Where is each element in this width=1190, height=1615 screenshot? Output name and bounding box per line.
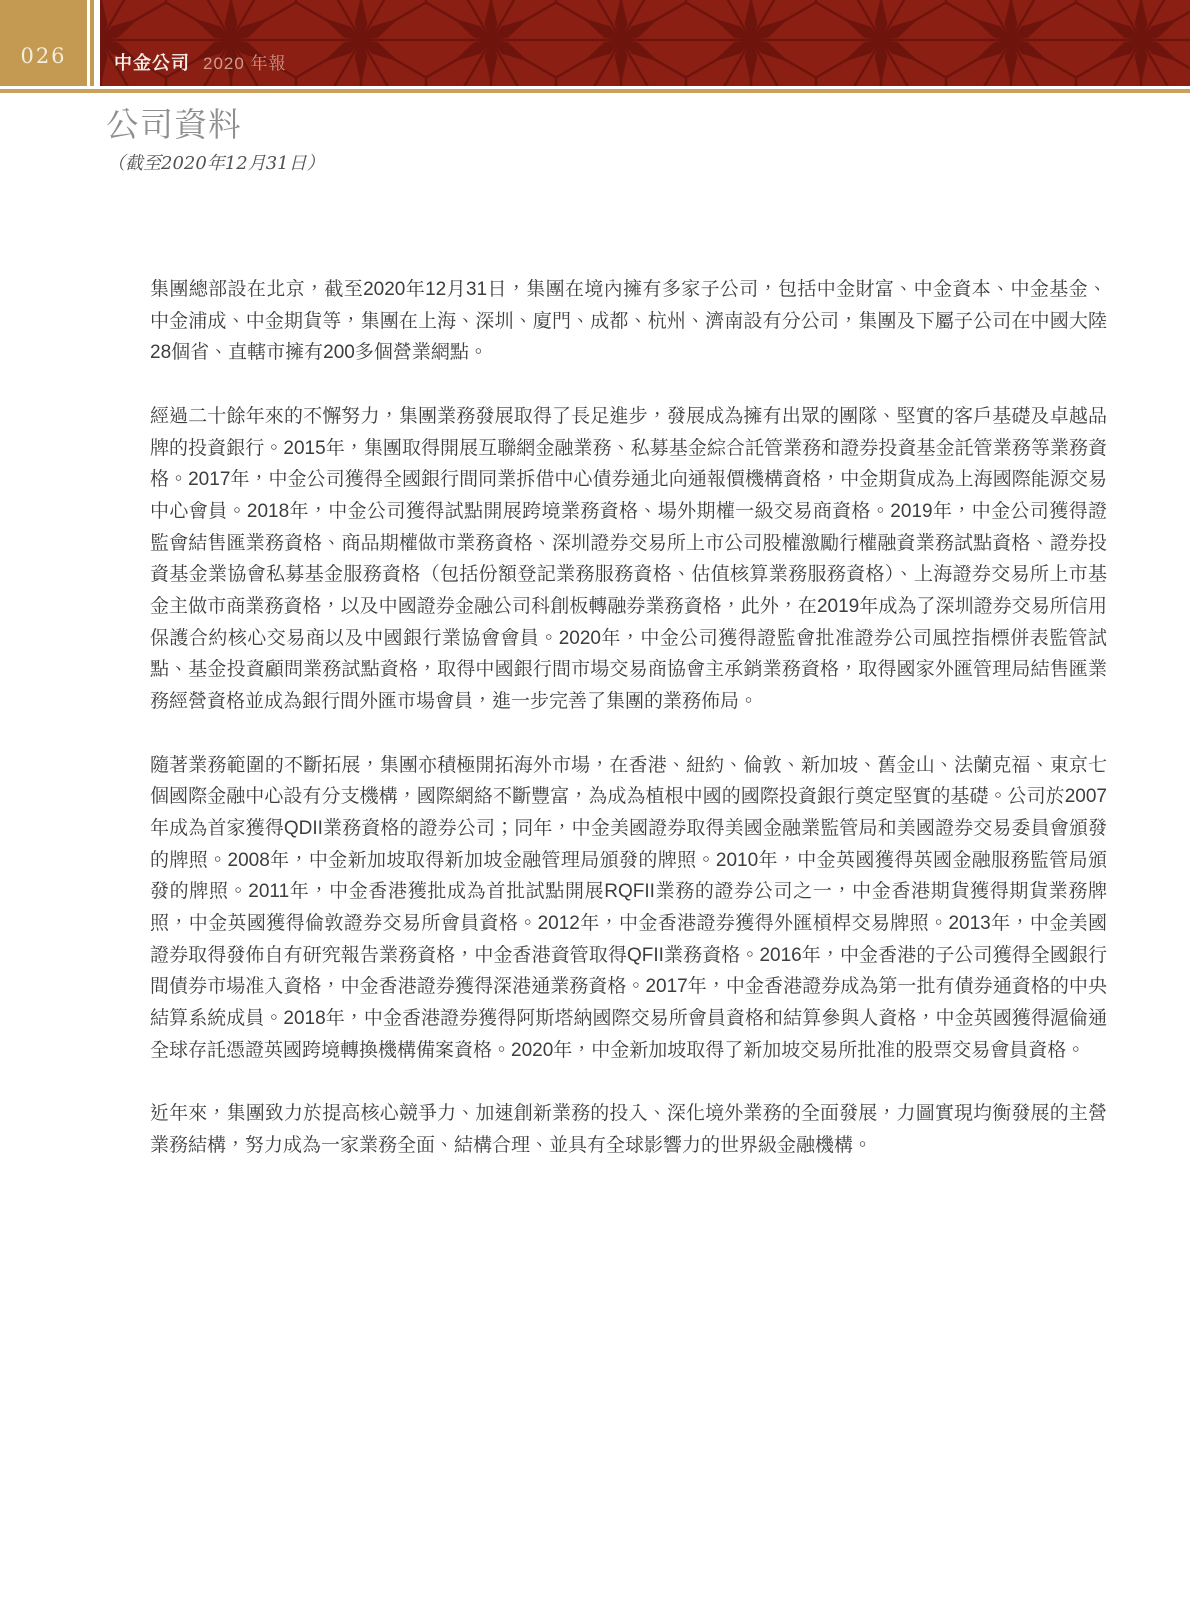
body-paragraph-4: 近年來，集團致力於提高核心競爭力、加速創新業務的投入、深化境外業務的全面發展，力… bbox=[150, 1098, 1107, 1161]
page-content: 集團總部設在北京，截至2020年12月31日，集團在境內擁有多家子公司，包括中金… bbox=[150, 274, 1107, 1193]
banner-text: 中金公司 2020 年報 bbox=[114, 49, 287, 75]
body-paragraph-1: 集團總部設在北京，截至2020年12月31日，集團在境內擁有多家子公司，包括中金… bbox=[150, 274, 1107, 369]
report-edition: 2020 年報 bbox=[203, 49, 287, 74]
page-title: 公司資料 bbox=[106, 104, 242, 145]
page-number-tab bbox=[0, 0, 87, 86]
header-banner: 中金公司 2020 年報 bbox=[100, 0, 1190, 86]
body-paragraph-3: 隨著業務範圍的不斷拓展，集團亦積極開拓海外市場，在香港、紐約、倫敦、新加坡、舊金… bbox=[150, 750, 1107, 1067]
company-name: 中金公司 bbox=[114, 49, 190, 75]
vertical-gold-rule bbox=[90, 0, 94, 86]
annual-report-page: 026 bbox=[0, 0, 1190, 1615]
body-paragraph-2: 經過二十餘年來的不懈努力，集團業務發展取得了長足進步，發展成為擁有出眾的團隊、堅… bbox=[150, 401, 1107, 718]
horizontal-gold-rule bbox=[0, 89, 1190, 93]
page-subtitle: （截至2020年12月31日） bbox=[107, 151, 325, 177]
page-number: 026 bbox=[0, 44, 87, 68]
